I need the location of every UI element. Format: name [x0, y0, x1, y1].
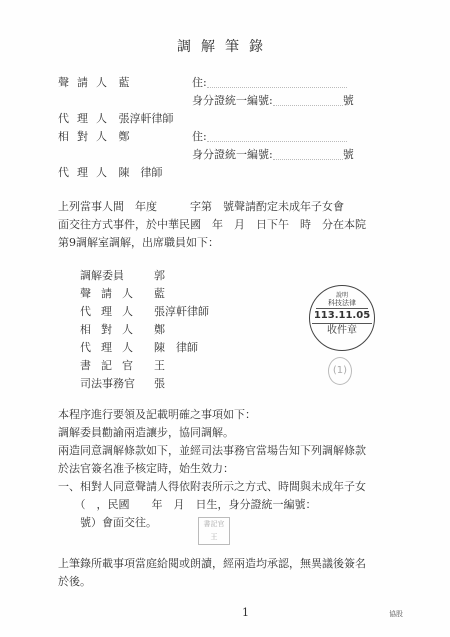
respondent-row: 相對人 鄭 [58, 130, 130, 144]
redacted-address [207, 132, 347, 142]
stamp-date: 113.11.05 [312, 309, 372, 324]
attendee-row: 調解委員郭 [80, 269, 165, 283]
applicant-agent-name: 張淳軒律師 [119, 112, 174, 125]
respondent-agent-row: 代理人 陳 律師 [58, 166, 163, 180]
respondent-address: 住: [192, 130, 347, 144]
respondent-id: 身分證統一編號:號 [192, 148, 354, 162]
applicant-row: 聲請人 藍 [58, 76, 130, 90]
clerk-seal: 書記官 王 [198, 517, 230, 545]
attendee-row: 書記官王 [80, 359, 165, 373]
received-stamp: 說明 科技法律 113.11.05 收件章 [309, 285, 375, 351]
redacted-id [273, 150, 343, 160]
applicant-role: 聲請人 [58, 76, 115, 89]
applicant-id: 身分證統一編號:號 [192, 94, 354, 108]
applicant-agent-row: 代理人 張淳軒律師 [58, 112, 174, 126]
footer-division-label: 協股 [389, 609, 403, 619]
document-page: 調解筆錄 聲請人 藍 住: 身分證統一編號:號 代理人 張淳軒律師 相對人 鄭 … [0, 0, 450, 637]
handwritten-circle-mark: (1) [328, 357, 352, 385]
respondent-name: 鄭 [119, 130, 130, 143]
attendee-row: 相對人鄭 [80, 323, 165, 337]
redacted-address [207, 78, 347, 88]
intro-paragraph: 上列當事人間 年度 字第 號聲請酌定未成年子女會 面交往方式事件，於中華民國 年… [58, 198, 398, 252]
attendee-row: 代理人陳 律師 [80, 341, 198, 355]
document-title: 調解筆錄 [0, 36, 450, 56]
attendee-row: 司法事務官張 [80, 377, 165, 391]
procedure-section: 本程序進行要領及記載明確之事項如下： 調解委員勸諭兩造讓步，協同調解。 兩造同意… [58, 406, 408, 532]
closing-paragraph: 上筆錄所載事項當庭給閱或朗讀，經兩造均承認，無異議後簽名 於後。 [58, 555, 408, 591]
attendee-row: 聲請人藍 [80, 287, 165, 301]
attendee-row: 代理人張淳軒律師 [80, 305, 209, 319]
respondent-agent-name: 陳 律師 [119, 166, 163, 179]
applicant-name: 藍 [119, 76, 130, 89]
clause-1: 一、相對人同意聲請人得依附表所示之方式、時間與未成年子女 [58, 478, 408, 496]
applicant-address: 住: [192, 76, 347, 90]
redacted-id [273, 96, 343, 106]
page-number: 1 [242, 606, 249, 619]
